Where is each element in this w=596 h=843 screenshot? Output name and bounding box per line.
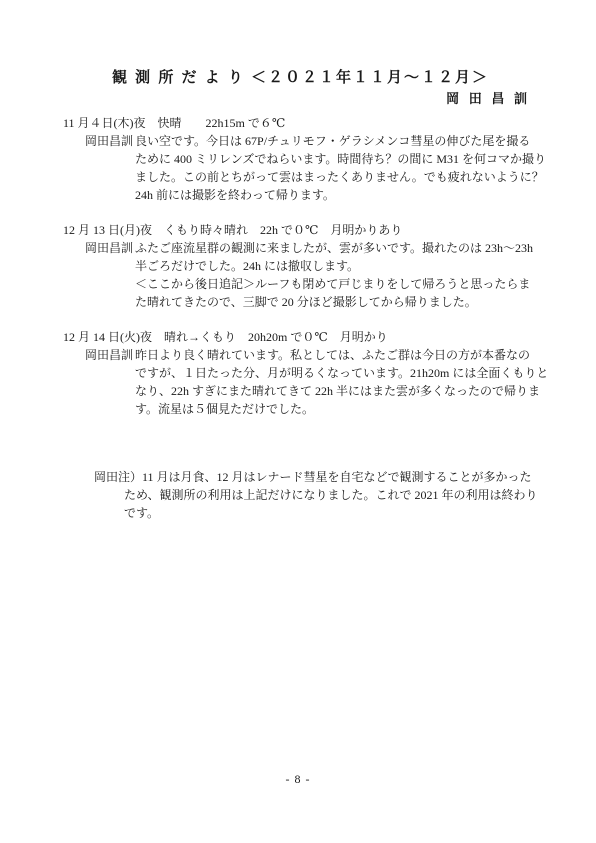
entry-body-text: 昨日より良く晴れています。私としては、ふたご群は今日の方が本番なの [135,348,530,362]
entry-body-text: ふたご座流星群の観測に来ましたが、雲が多いです。撮れたのは 23h～23h [135,241,533,255]
author-note: 岡田注）11 月は月食、12 月はレナード彗星を自宅などで観測することが多かった… [0,468,596,522]
entry-author-label: 岡田昌訓 [85,239,135,257]
entry-author-label: 岡田昌訓 [85,132,135,150]
entry-body-line: ＜ここから後日追記＞ルーフも閉めて戸じまりをして帰ろうと思ったらま [135,275,596,293]
entry-body-line: た晴れてきたので、三脚で 20 分ほど撮影してから帰りました。 [135,293,596,311]
entry-body-first-line: 岡田昌訓良い空です。今日は 67P/チュリモフ・ゲラシメンコ彗星の伸びた尾を撮る [85,132,596,150]
log-entry-dec-13: 12 月 13 日(月)夜 くもり時々晴れ 22h で０℃ 月明かりあり 岡田昌… [0,221,596,311]
entry-body-line: ました。この前とちがって雲はまったくありません。でも疲れないように？ [135,168,596,186]
note-line: 岡田注）11 月は月食、12 月はレナード彗星を自宅などで観測することが多かった [94,468,596,486]
entry-body-line: ために 400 ミリレンズでねらいます。時間待ち？の間に M31 を何コマか撮り [135,150,596,168]
page-title: 観 測 所 だ よ り ＜２０２１年１１月～１２月＞ [112,68,596,87]
entry-date-line: 12 月 13 日(月)夜 くもり時々晴れ 22h で０℃ 月明かりあり [63,221,596,239]
entry-body-line: 半ごろだけでした。24h には撤収します。 [135,257,596,275]
entry-date-line: 11 月４日(木)夜 快晴 22h15m で６℃ [63,114,596,132]
note-line: です。 [124,504,596,522]
log-entry-dec-14: 12 月 14 日(火)夜 晴れ→くもり 20h20m で０℃ 月明かり 岡田昌… [0,328,596,418]
entry-author-label: 岡田昌訓 [85,346,135,364]
note-line: ため、観測所の利用は上記だけになりました。これで 2021 年の利用は終わり [124,486,596,504]
document-body: 11 月４日(木)夜 快晴 22h15m で６℃ 岡田昌訓良い空です。今日は 6… [0,114,596,522]
entry-body-line: 24h 前には撮影を終わって帰ります。 [135,186,596,204]
page-number: - 8 - [0,772,596,787]
entry-body-first-line: 岡田昌訓昨日より良く晴れています。私としては、ふたご群は今日の方が本番なの [85,346,596,364]
entry-body-line: ですが、１日たった分、月が明るくなっています。21h20m には全面くもりと [135,364,596,382]
document-page: 観 測 所 だ よ り ＜２０２１年１１月～１２月＞ 岡 田 昌 訓 11 月４… [0,0,596,843]
doc-author-name: 岡 田 昌 訓 [0,91,596,107]
entry-body-line: す。流星は５個見ただけでした。 [135,400,596,418]
entry-body-first-line: 岡田昌訓ふたご座流星群の観測に来ましたが、雲が多いです。撮れたのは 23h～23… [85,239,596,257]
entry-date-line: 12 月 14 日(火)夜 晴れ→くもり 20h20m で０℃ 月明かり [63,328,596,346]
entry-body-text: 良い空です。今日は 67P/チュリモフ・ゲラシメンコ彗星の伸びた尾を撮る [135,134,530,148]
entry-body-line: なり、22h すぎにまた晴れてきて 22h 半にはまた雲が多くなったので帰りま [135,382,596,400]
log-entry-nov-4: 11 月４日(木)夜 快晴 22h15m で６℃ 岡田昌訓良い空です。今日は 6… [0,114,596,204]
